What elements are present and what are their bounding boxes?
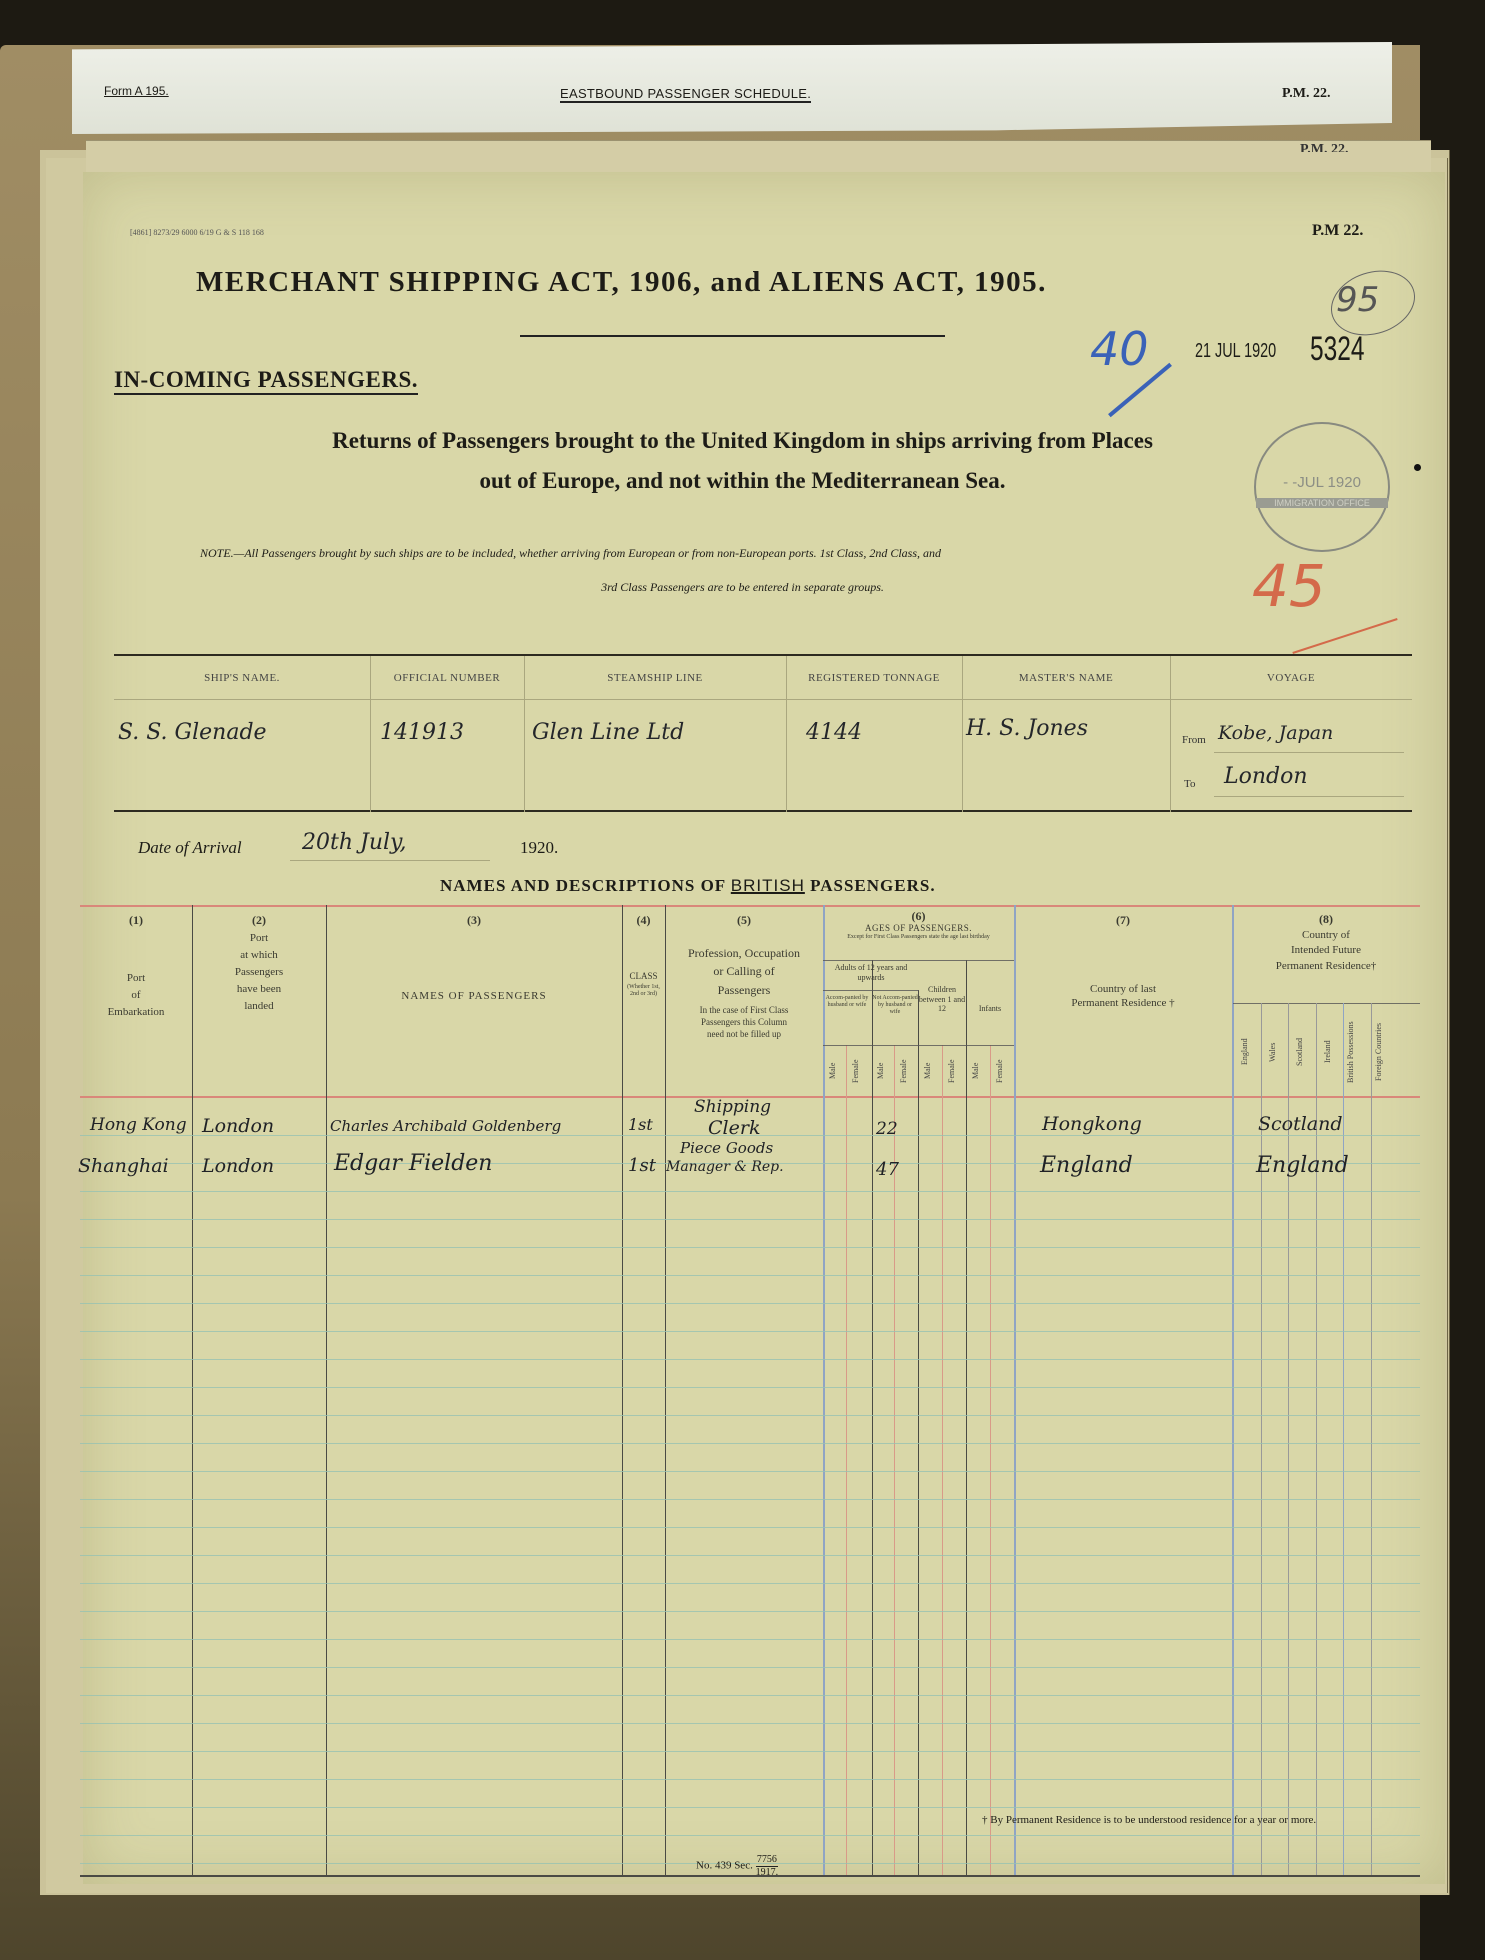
port-landed: London — [202, 1155, 274, 1177]
col6-header: (6) AGES OF PASSENGERS. Except for First… — [823, 909, 1014, 941]
ruling-line — [80, 1807, 1420, 1808]
col2-header: (2) Port at which Passengers have been l… — [192, 911, 326, 1015]
sex-label-female: Female — [947, 1049, 956, 1093]
passenger-section-title: NAMES AND DESCRIPTIONS OF BRITISH PASSEN… — [440, 876, 936, 896]
ruling-line — [80, 1611, 1420, 1612]
residence-footnote: † By Permanent Residence is to be unders… — [982, 1814, 1316, 1826]
occupation-line-1: Shipping — [694, 1097, 771, 1117]
port-landed: London — [202, 1115, 274, 1137]
age-subdivider — [966, 960, 967, 1875]
ruling-line — [80, 1303, 1420, 1304]
not-accompanied-label: Not Accom-panied by husband or wife — [872, 995, 918, 1017]
col5-label: Profession, Occupation or Calling of Pas… — [665, 944, 823, 1000]
adults-label: Adults of 12 years and upwards — [823, 963, 919, 982]
header-ship-name: SHIP'S NAME. — [114, 656, 370, 700]
ruling-line — [80, 1667, 1420, 1668]
country-england-label: England — [1240, 1013, 1249, 1091]
act-title: MERCHANT SHIPPING ACT, 1906, and ALIENS … — [196, 266, 1047, 299]
col8-header: (8) Country of Intended Future Permanent… — [1232, 911, 1420, 974]
top-red-rule — [80, 905, 1420, 907]
cover-code: P.M. 22. — [1282, 86, 1330, 102]
passenger-class: 1st — [628, 1155, 656, 1176]
blue-ink-mark: 40 — [1090, 322, 1149, 376]
country-foreign-label: Foreign Countries — [1374, 1013, 1396, 1091]
column-divider — [786, 656, 787, 812]
occupation-line-1: Piece Goods — [680, 1139, 773, 1157]
round-stamp-date: - -JUL 1920 — [1256, 474, 1388, 491]
col7-header: (7) Country of last Permanent Residence … — [1014, 911, 1232, 1010]
column-divider — [192, 905, 193, 1875]
ruling-line — [80, 1583, 1420, 1584]
section-prefix: No. 439 Sec. — [696, 1860, 753, 1872]
ruling-line — [80, 1443, 1420, 1444]
arrival-year: 1920. — [520, 838, 558, 858]
section-title: IN-COMING PASSENGERS. — [114, 367, 418, 395]
ruling-line — [80, 1471, 1420, 1472]
column-divider — [622, 905, 623, 1875]
age-header-rule — [823, 1045, 1014, 1046]
red-pencil-mark: 45 — [1252, 552, 1326, 620]
future-residence: England — [1256, 1153, 1349, 1178]
note-line-1: NOTE.—All Passengers brought by such shi… — [200, 546, 941, 561]
col5-sub: In the case of First Class Passengers th… — [665, 1005, 823, 1040]
passenger-name: Edgar Fielden — [334, 1151, 492, 1176]
country-wales-label: Wales — [1268, 1013, 1277, 1091]
ink-dot — [1414, 464, 1421, 471]
sex-label-male: Male — [923, 1049, 932, 1093]
column-divider — [326, 905, 327, 1875]
section-number: No. 439 Sec. 7756 1917. — [696, 1854, 778, 1878]
age-male-not-accompanied: 47 — [876, 1159, 899, 1180]
col2-label: Port at which Passengers have been lande… — [192, 930, 326, 1015]
section-title-post: PASSENGERS. — [810, 876, 935, 895]
header-steamship-line: STEAMSHIP LINE — [524, 656, 786, 700]
under-sheet-code: P.M. 22. — [1300, 142, 1348, 152]
sex-label-female: Female — [851, 1049, 860, 1093]
age-subdivider — [918, 990, 919, 1875]
last-residence: England — [1040, 1153, 1133, 1178]
header-voyage: VOYAGE — [1170, 656, 1412, 700]
col3-number: (3) — [326, 911, 622, 930]
header-master-name: MASTER'S NAME — [962, 656, 1170, 700]
country-scotland-label: Scotland — [1295, 1013, 1304, 1091]
col5-header: (5) Profession, Occupation or Calling of… — [665, 911, 823, 1040]
ruling-line — [80, 1219, 1420, 1220]
voyage-from-line — [1214, 752, 1404, 753]
ruling-line — [80, 1723, 1420, 1724]
ruling-line — [80, 1359, 1420, 1360]
master-name-value: H. S. Jones — [966, 716, 1088, 741]
col4-number: (4) — [622, 911, 665, 930]
section-fraction: 7756 1917. — [756, 1854, 779, 1878]
col1-number: (1) — [80, 911, 192, 930]
last-residence: Hongkong — [1042, 1113, 1142, 1135]
ruling-line — [80, 1555, 1420, 1556]
future-residence: Scotland — [1258, 1113, 1343, 1135]
ruling-line — [80, 1415, 1420, 1416]
column-divider-blue — [1232, 905, 1234, 1875]
steamship-line-value: Glen Line Ltd — [532, 720, 684, 745]
ruling-line — [80, 1387, 1420, 1388]
voyage-from-value: Kobe, Japan — [1218, 722, 1333, 744]
ruling-line — [80, 1191, 1420, 1192]
stamp-number: 5324 — [1310, 330, 1364, 369]
official-number-value: 141913 — [380, 720, 464, 745]
title-divider — [520, 335, 945, 337]
col1-header: (1) Port of Embarkation — [80, 911, 192, 1021]
passenger-class: 1st — [628, 1115, 653, 1134]
date-stamp: 21 JUL 1920 — [1195, 340, 1276, 363]
country-ireland-label: Ireland — [1323, 1013, 1332, 1091]
arrival-date-value: 20th July, — [302, 830, 407, 855]
col1-label: Port of Embarkation — [80, 970, 192, 1021]
fraction-top: 7756 — [756, 1854, 779, 1867]
occupation-line-2: Clerk — [708, 1117, 760, 1139]
col3-header: (3) NAMES OF PASSENGERS — [326, 911, 622, 1005]
ruling-line — [80, 1247, 1420, 1248]
voyage-from-label: From — [1182, 734, 1206, 746]
form-code: P.M 22. — [1312, 222, 1363, 240]
header-official-number: OFFICIAL NUMBER — [370, 656, 524, 700]
passenger-name: Charles Archibald Goldenberg — [330, 1117, 561, 1135]
ruling-line — [80, 1751, 1420, 1752]
section-title-pre: NAMES AND DESCRIPTIONS OF — [440, 876, 726, 895]
col7-label: Country of last Permanent Residence † — [1014, 982, 1232, 1011]
col4-header: (4) CLASS (Whether 1st, 2nd or 3rd) — [622, 911, 665, 998]
column-divider — [370, 656, 371, 812]
age-male-not-accompanied: 22 — [876, 1119, 898, 1139]
col8-label: Country of Intended Future Permanent Res… — [1232, 928, 1420, 974]
voyage-to-value: London — [1224, 764, 1308, 789]
sex-label-female: Female — [995, 1049, 1004, 1093]
column-divider-blue — [823, 905, 825, 1875]
ship-details-table: SHIP'S NAME. OFFICIAL NUMBER STEAMSHIP L… — [114, 654, 1412, 812]
ruling-line — [80, 1835, 1420, 1836]
country-subdivider — [1343, 1003, 1344, 1875]
col6-number: (6) — [823, 909, 1014, 923]
col5-number: (5) — [665, 911, 823, 930]
tonnage-value: 4144 — [806, 720, 862, 745]
column-divider — [665, 905, 666, 1875]
cover-form-label: Form A 195. — [104, 84, 169, 98]
country-british-possessions-label: British Possessions — [1346, 1013, 1368, 1091]
column-divider — [524, 656, 525, 812]
arrival-label: Date of Arrival — [138, 838, 242, 858]
sex-label-male: Male — [971, 1049, 980, 1093]
age-header-rule — [823, 990, 919, 991]
ruling-line — [80, 1499, 1420, 1500]
sex-label-male: Male — [876, 1049, 885, 1093]
col3-label: NAMES OF PASSENGERS — [326, 988, 622, 1005]
ruling-line — [80, 1639, 1420, 1640]
returns-line-1: Returns of Passengers brought to the Uni… — [0, 428, 1485, 454]
fraction-bottom: 1917. — [756, 1867, 779, 1878]
col6-sub: Except for First Class Passengers state … — [823, 934, 1014, 941]
col2-number: (2) — [192, 911, 326, 930]
ruling-line — [80, 1275, 1420, 1276]
sex-label-male: Male — [828, 1049, 837, 1093]
accompanied-label: Accom-panied by husband or wife — [823, 995, 871, 1009]
print-reference: [4861] 8273/29 6000 6/19 G & S 118 168 — [130, 228, 264, 237]
occupation-line-2: Manager & Rep. — [666, 1159, 784, 1175]
col4-label: CLASS — [622, 970, 665, 984]
round-stamp-band: IMMIGRATION OFFICE — [1256, 498, 1388, 508]
ship-name-value: S. S. Glenade — [118, 720, 267, 745]
ruling-line — [80, 1779, 1420, 1780]
infants-label: Infants — [966, 1003, 1014, 1015]
section-title-british: BRITISH — [731, 876, 805, 895]
age-subdivider — [872, 960, 873, 1875]
ruling-line — [80, 1695, 1420, 1696]
port-embarkation: Shanghai — [78, 1155, 169, 1177]
voyage-to-line — [1214, 796, 1404, 797]
col6-label: AGES OF PASSENGERS. — [823, 923, 1014, 934]
round-postmark-stamp: - -JUL 1920 IMMIGRATION OFFICE — [1254, 422, 1390, 552]
col4-sub: (Whether 1st, 2nd or 3rd) — [622, 984, 665, 998]
col8-number: (8) — [1232, 911, 1420, 928]
voyage-to-label: To — [1184, 778, 1195, 790]
col7-number: (7) — [1014, 911, 1232, 930]
column-divider — [962, 656, 963, 812]
country-subdivider — [1371, 1003, 1372, 1875]
header-tonnage: REGISTERED TONNAGE — [786, 656, 962, 700]
port-embarkation: Hong Kong — [90, 1115, 187, 1135]
arrival-line — [290, 860, 490, 861]
cover-title: EASTBOUND PASSENGER SCHEDULE. — [560, 86, 811, 103]
column-divider-blue — [1014, 905, 1016, 1875]
pencil-number: 95 — [1336, 280, 1379, 320]
children-label: Children between 1 and 12 — [918, 985, 966, 1014]
column-divider — [1170, 656, 1171, 812]
sex-label-female: Female — [899, 1049, 908, 1093]
passenger-table: (1) Port of Embarkation (2) Port at whic… — [80, 905, 1420, 1883]
ruling-line — [80, 1331, 1420, 1332]
ruling-line — [80, 1527, 1420, 1528]
age-header-rule — [823, 960, 1014, 961]
